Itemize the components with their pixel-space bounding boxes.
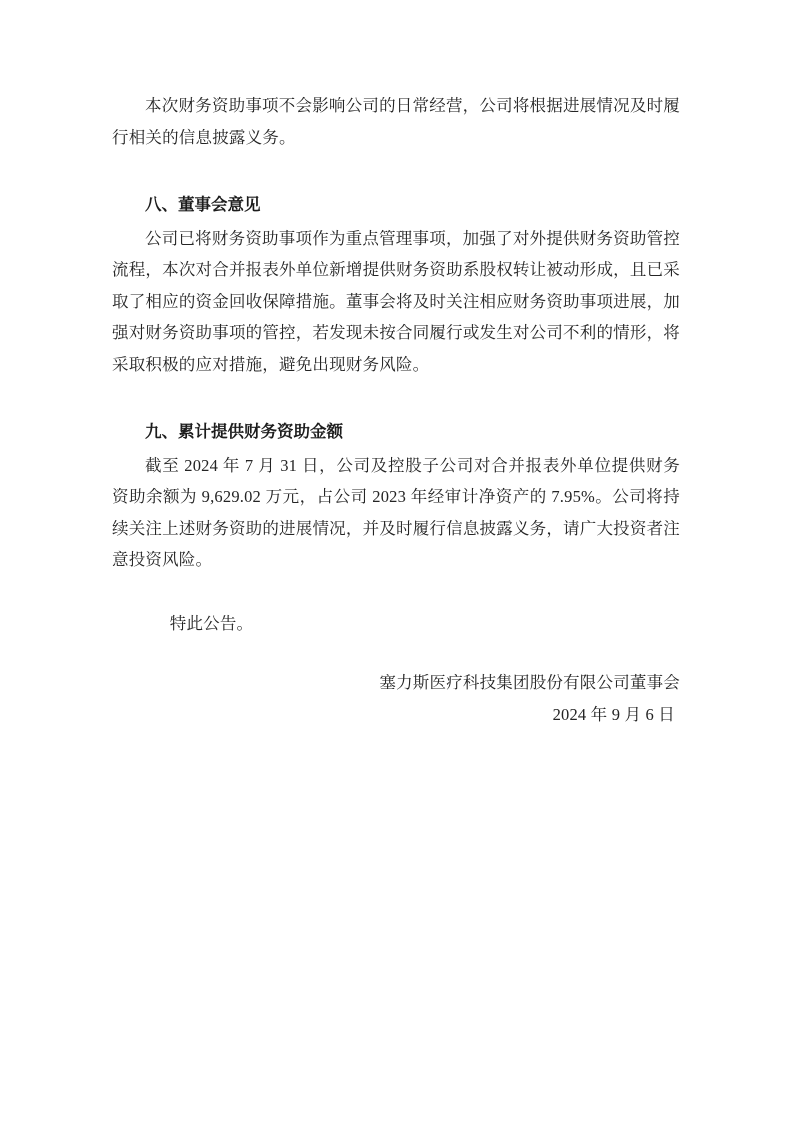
section-8-body: 公司已将财务资助事项作为重点管理事项，加强了对外提供财务资助管控流程，本次对合并… — [112, 223, 680, 381]
paragraph-disclosure-obligation: 本次财务资助事项不会影响公司的日常经营，公司将根据进展情况及时履行相关的信息披露… — [112, 90, 680, 153]
signature-company: 塞力斯医疗科技集团股份有限公司董事会 — [112, 667, 680, 699]
document-page: 本次财务资助事项不会影响公司的日常经营，公司将根据进展情况及时履行相关的信息披露… — [0, 0, 793, 1122]
section-8-heading: 八、董事会意见 — [112, 189, 680, 221]
closing-statement: 特此公告。 — [112, 608, 680, 640]
signature-date: 2024 年 9 月 6 日 — [112, 699, 680, 731]
section-9-body: 截至 2024 年 7 月 31 日，公司及控股子公司对合并报表外单位提供财务资… — [112, 450, 680, 576]
section-9-heading: 九、累计提供财务资助金额 — [112, 416, 680, 448]
